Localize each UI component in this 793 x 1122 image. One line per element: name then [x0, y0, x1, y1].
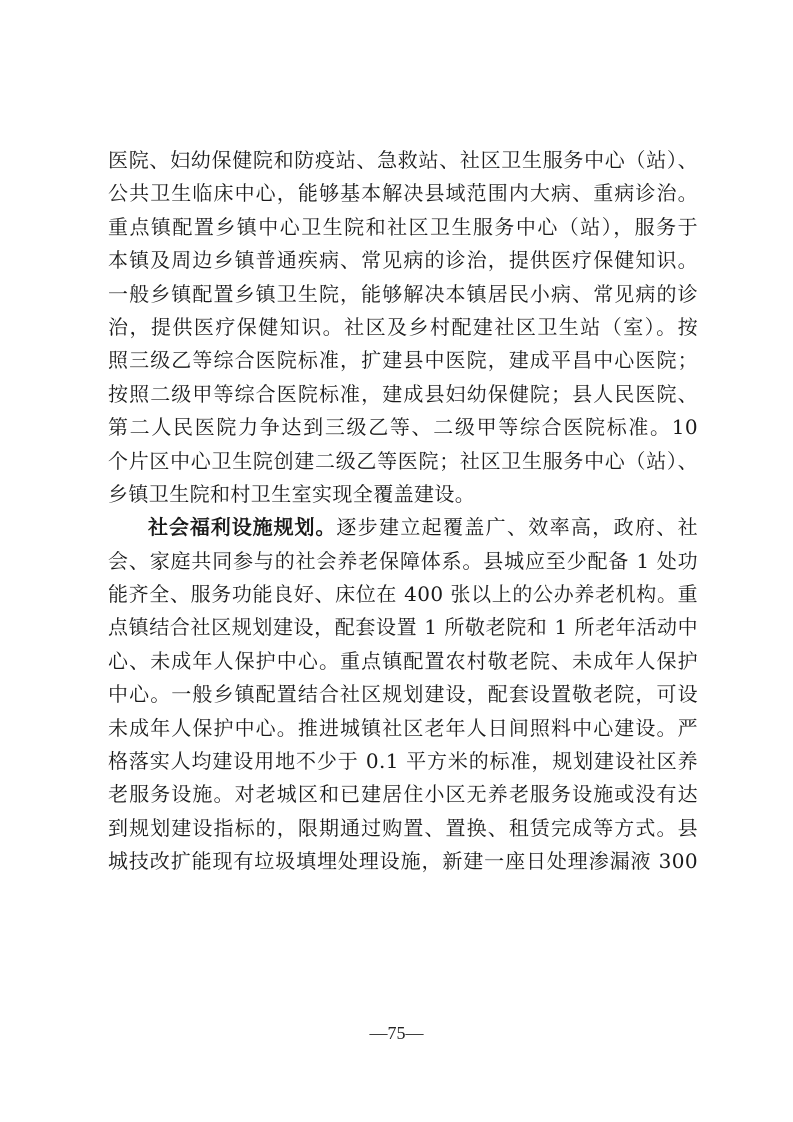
- text-line: 治，提供医疗保健知识。社区及乡村配建社区卫生站（室）。按: [108, 311, 698, 344]
- text-line: 公共卫生临床中心，能够基本解决县域范围内大病、重病诊治。: [108, 177, 698, 210]
- text-line: 照三级乙等综合医院标准，扩建县中医院，建成平昌中心医院；: [108, 344, 698, 377]
- text-line: 点镇结合社区规划建设，配套设置 1 所敬老院和 1 所老年活动中: [108, 611, 698, 644]
- text-line: 本镇及周边乡镇普通疾病、常见病的诊治，提供医疗保健知识。: [108, 244, 698, 277]
- text-line: 第二人民医院力争达到三级乙等、二级甲等综合医院标准。10: [108, 411, 698, 444]
- text-line: 医院、妇幼保健院和防疫站、急救站、社区卫生服务中心（站）、: [108, 144, 698, 177]
- text-line: 按照二级甲等综合医院标准，建成县妇幼保健院；县人民医院、: [108, 378, 698, 411]
- text-line: 到规划建设指标的，限期通过购置、置换、租赁完成等方式。县: [108, 812, 698, 845]
- text-line: 能齐全、服务功能良好、床位在 400 张以上的公办养老机构。重: [108, 578, 698, 611]
- text-line: 乡镇卫生院和村卫生室实现全覆盖建设。: [108, 478, 698, 511]
- text-line: 格落实人均建设用地不少于 0.1 平方米的标准，规划建设社区养: [108, 745, 698, 778]
- text-line: 会、家庭共同参与的社会养老保障体系。县城应至少配备 1 处功: [108, 545, 698, 578]
- document-page: 医院、妇幼保健院和防疫站、急救站、社区卫生服务中心（站）、 公共卫生临床中心，能…: [0, 0, 793, 1122]
- text-line: 重点镇配置乡镇中心卫生院和社区卫生服务中心（站），服务于: [108, 211, 698, 244]
- text-line: 未成年人保护中心。推进城镇社区老年人日间照料中心建设。严: [108, 712, 698, 745]
- page-number: —75—: [0, 1023, 793, 1044]
- text-line: 城技改扩能现有垃圾填埋处理设施，新建一座日处理渗漏液 300: [108, 845, 698, 878]
- text-line: 个片区中心卫生院创建二级乙等医院；社区卫生服务中心（站）、: [108, 445, 698, 478]
- paragraph-first-line: 社会福利设施规划。逐步建立起覆盖广、效率高，政府、社: [108, 511, 698, 544]
- text-span: 逐步建立起覆盖广、效率高，政府、社: [336, 515, 698, 539]
- text-line: 心、未成年人保护中心。重点镇配置农村敬老院、未成年人保护: [108, 645, 698, 678]
- text-line: 一般乡镇配置乡镇卫生院，能够解决本镇居民小病、常见病的诊: [108, 278, 698, 311]
- body-text: 医院、妇幼保健院和防疫站、急救站、社区卫生服务中心（站）、 公共卫生临床中心，能…: [108, 144, 698, 879]
- section-heading: 社会福利设施规划。: [148, 515, 336, 539]
- text-line: 中心。一般乡镇配置结合社区规划建设，配套设置敬老院，可设: [108, 678, 698, 711]
- text-line: 老服务设施。对老城区和已建居住小区无养老服务设施或没有达: [108, 778, 698, 811]
